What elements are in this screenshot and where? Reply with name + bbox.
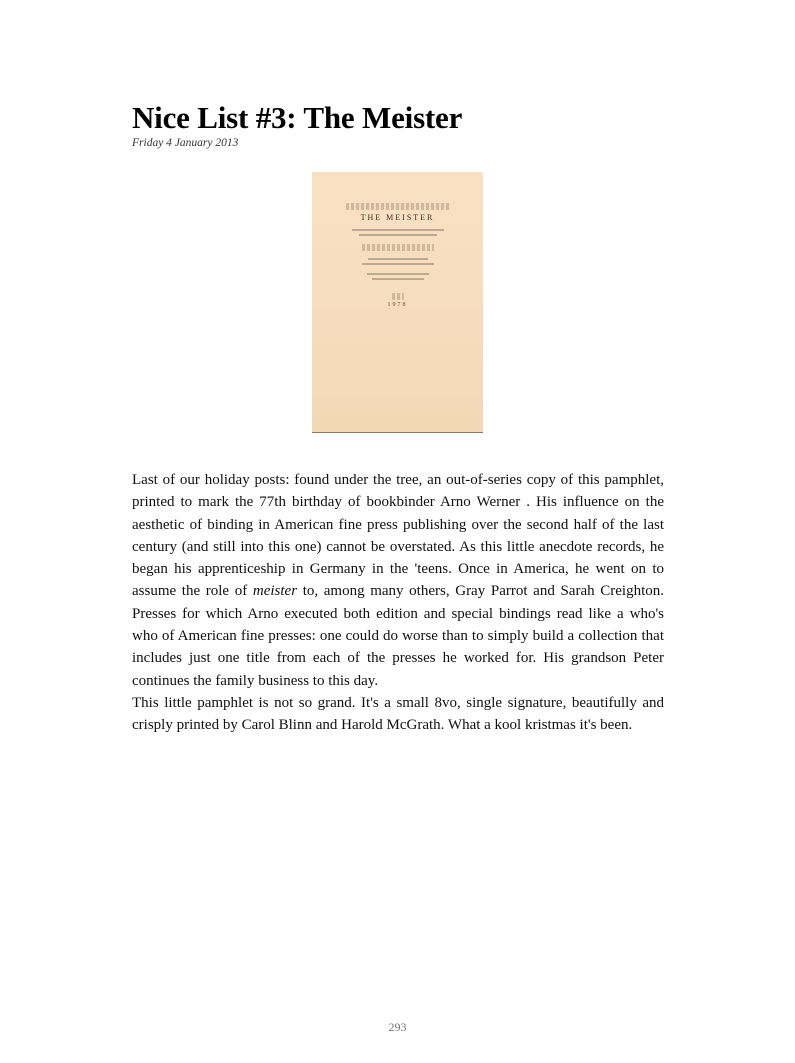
emphasized-text: meister xyxy=(253,583,297,599)
cover-ornament-bottom xyxy=(392,293,404,300)
paragraph-text: This little pamphlet is not so grand. It… xyxy=(132,695,664,733)
cover-subtitle-line xyxy=(352,229,444,231)
document-page: Nice List #3: The Meister Friday 4 Janua… xyxy=(0,0,795,1063)
body-paragraph: This little pamphlet is not so grand. It… xyxy=(132,692,664,737)
cover-ornament-middle xyxy=(362,244,434,251)
cover-year: 1978 xyxy=(312,302,483,308)
cover-ornament-top xyxy=(346,203,450,210)
paragraph-text: Last of our holiday posts: found under t… xyxy=(132,472,664,599)
page-number: 293 xyxy=(0,1020,795,1035)
cover-credit-line xyxy=(372,278,424,280)
pamphlet-cover-image: THE MEISTER 1978 xyxy=(312,172,483,433)
post-body: Last of our holiday posts: found under t… xyxy=(132,469,664,737)
body-paragraph: Last of our holiday posts: found under t… xyxy=(132,469,664,692)
cover-subtitle-line xyxy=(359,234,437,236)
post-date: Friday 4 January 2013 xyxy=(132,136,238,150)
cover-credit-line xyxy=(367,273,429,275)
post-title: Nice List #3: The Meister xyxy=(132,100,462,136)
cover-title: THE MEISTER xyxy=(312,213,483,222)
cover-credit-line xyxy=(368,258,428,260)
cover-credit-line xyxy=(362,263,434,265)
